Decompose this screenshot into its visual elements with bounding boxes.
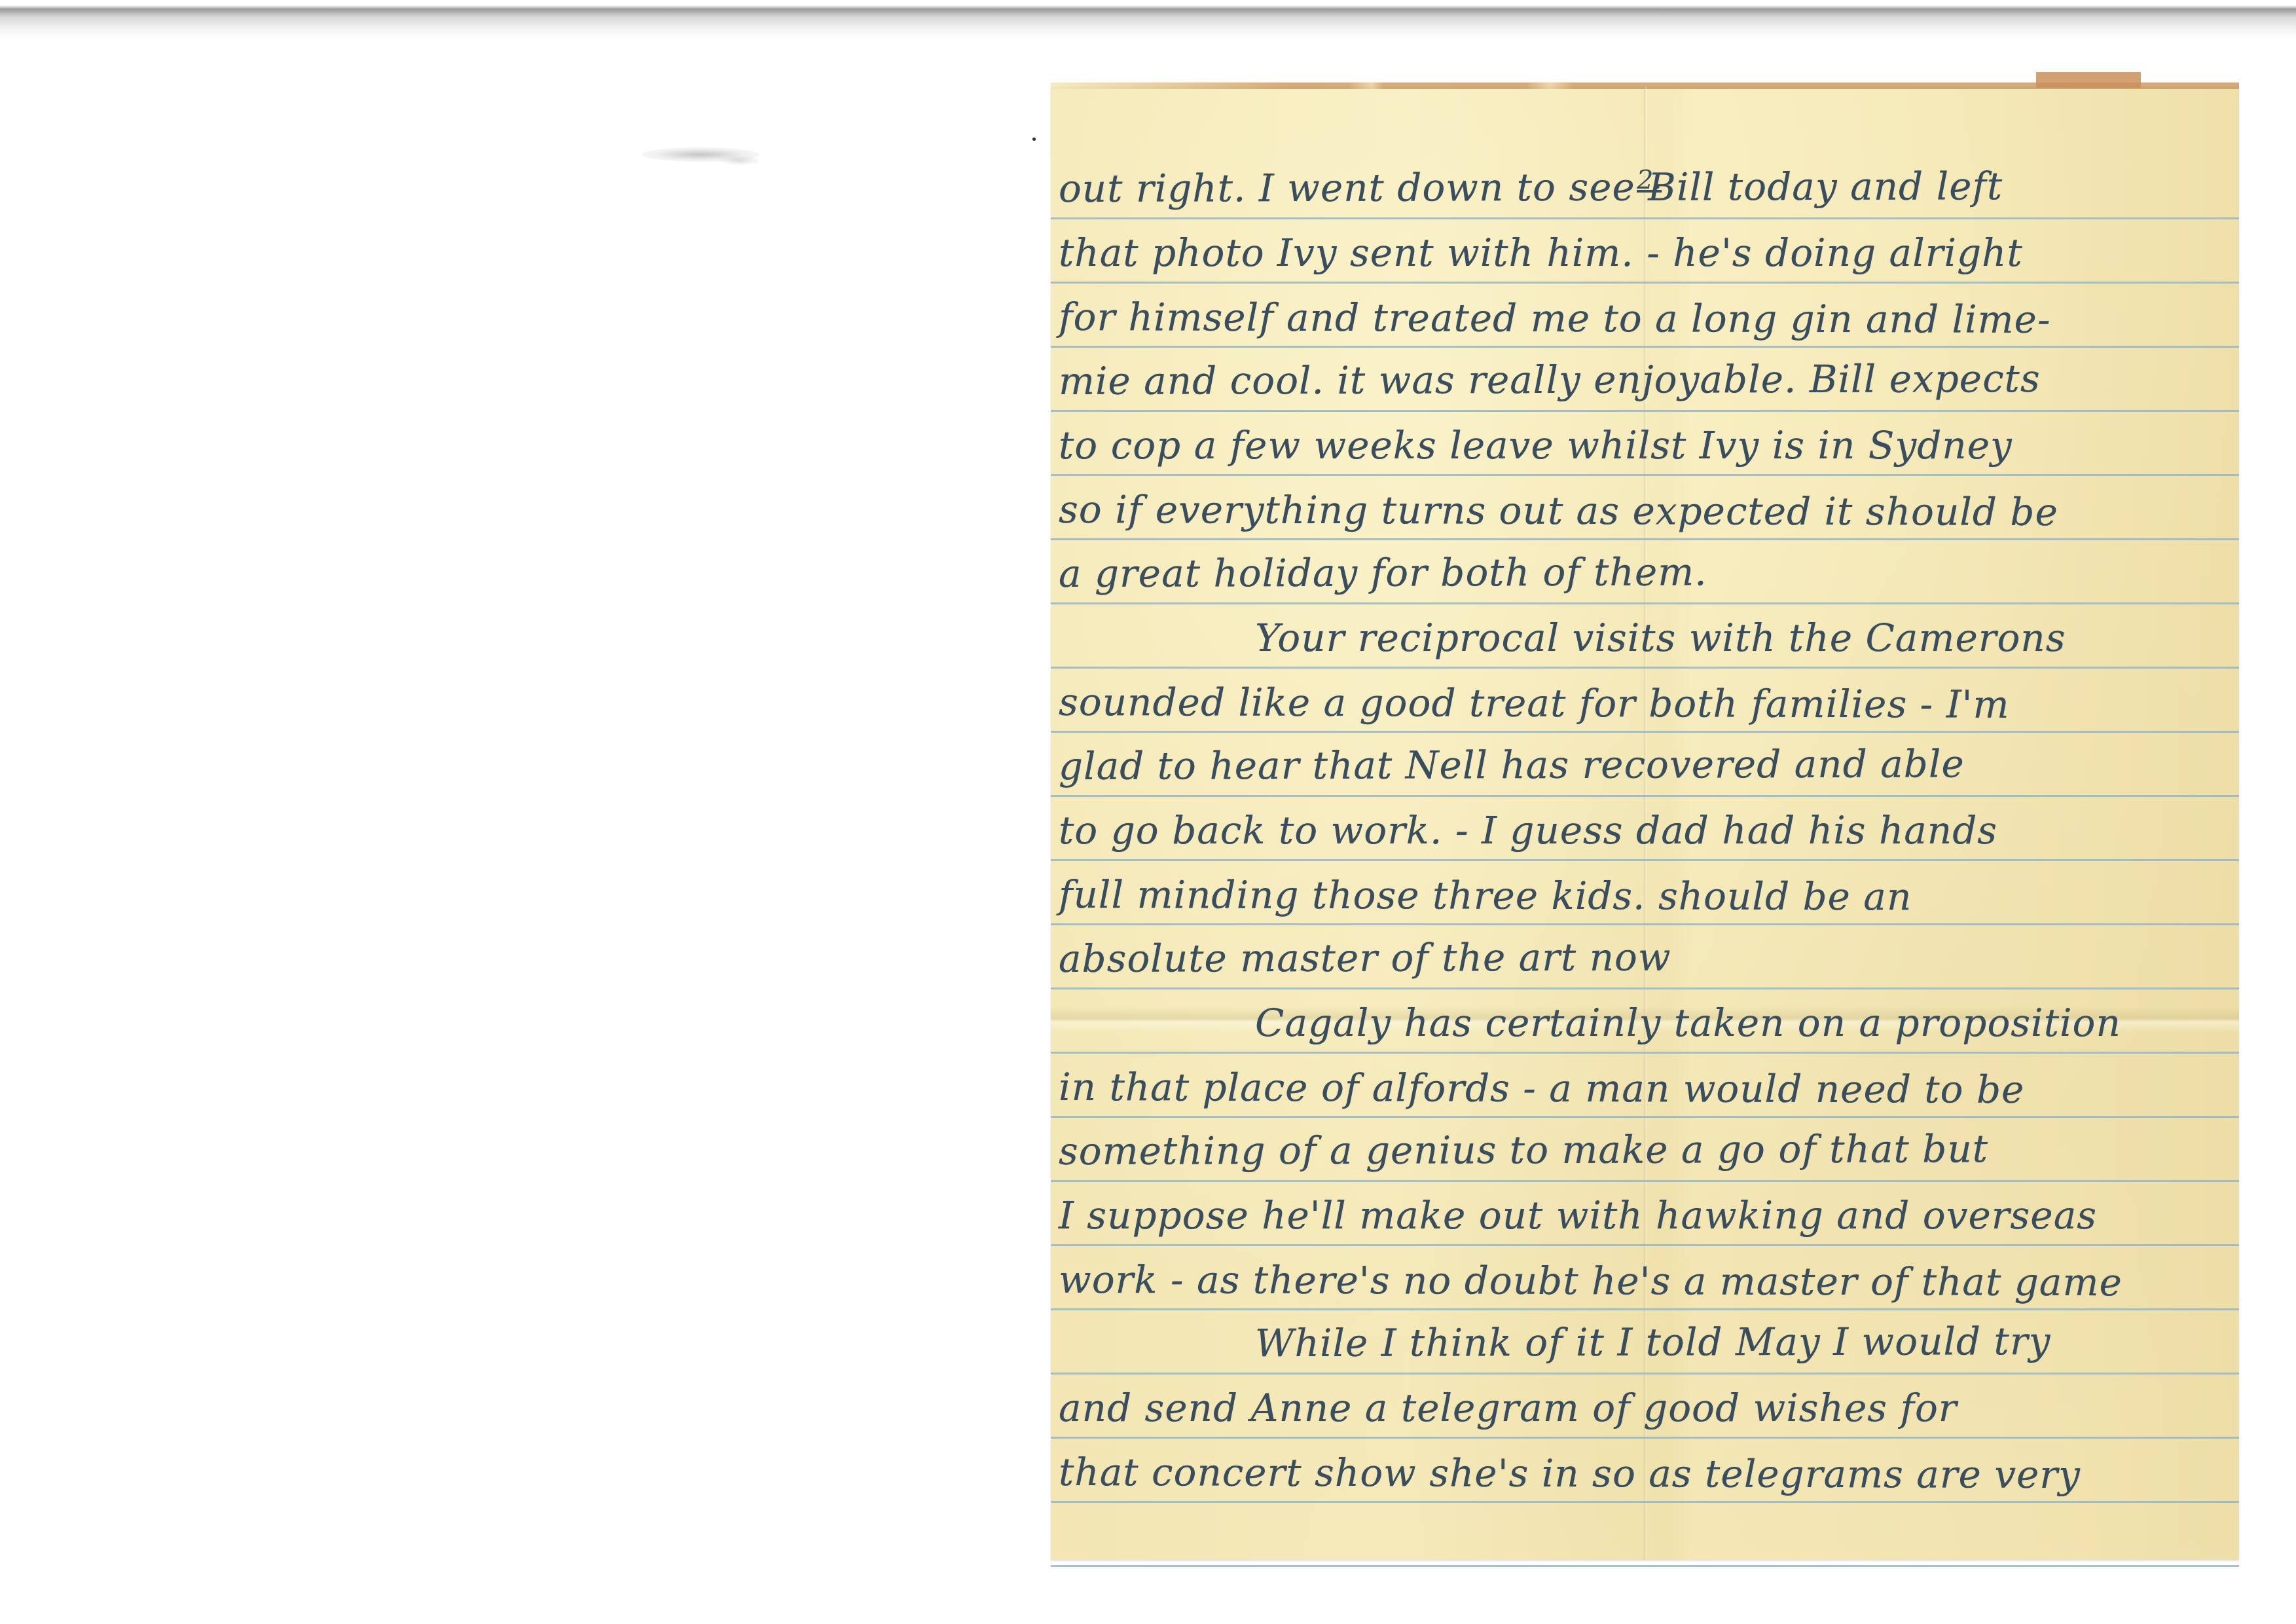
ruled-line [1051,1373,2239,1375]
scanner-shadow [0,0,2296,39]
handwritten-line: Cagaly has certainly taken on a proposit… [1059,997,2296,1049]
handwritten-line: something of a genius to make a go of th… [1059,1122,2231,1177]
handwritten-line: to cop a few weeks leave whilst Ivy is i… [1059,419,2231,471]
ruled-line [1051,667,2239,669]
paper-tape-remnant [2036,72,2141,88]
handwritten-line: a great holiday for both of them. [1059,544,2231,600]
ruled-line [1051,1116,2239,1118]
handwritten-line: in that place of alfords - a man would n… [1059,1061,2231,1116]
ruled-line [1051,731,2239,733]
handwritten-line: Your reciprocal visits with the Camerons [1059,612,2296,664]
handwritten-line: absolute master of the art now [1059,929,2231,985]
ruled-line [1051,474,2239,476]
ruled-line [1051,1180,2239,1182]
ruled-line [1051,282,2239,284]
ruled-line [1051,1052,2239,1054]
letter-page: 2. out right. I went down to see Bill to… [1051,86,2239,1560]
handwritten-line: out right. I went down to see Bill today… [1059,159,2231,215]
ruled-line [1051,217,2239,219]
handwritten-line: work - as there's no doubt he's a master… [1059,1253,2231,1309]
ruled-line [1051,346,2239,348]
ruled-line [1051,410,2239,412]
handwritten-line: mie and cool. it was really enjoyable. B… [1059,352,2231,407]
ruled-line [1051,859,2239,861]
handwritten-line: to go back to work. - I guess dad had hi… [1059,804,2231,857]
ruled-line [1051,1437,2239,1439]
ruled-line [1051,538,2239,540]
handwritten-line: so if everything turns out as expected i… [1059,483,2231,539]
ruled-line [1051,1501,2239,1503]
handwritten-line: While I think of it I told May I would t… [1059,1314,2296,1370]
ruled-line [1051,795,2239,797]
ruled-line [1051,1565,2239,1567]
handwritten-line: I suppose he'll make out with hawking an… [1059,1189,2231,1242]
ruled-line [1051,1244,2239,1246]
handwritten-line: full minding those three kids. should be… [1059,868,2231,924]
stray-mark [1032,138,1036,141]
handwritten-line: that concert show she's in so as telegra… [1059,1446,2231,1502]
ruled-line [1051,923,2239,925]
handwritten-line: for himself and treated me to a long gin… [1059,291,2231,346]
ruled-line [1051,987,2239,989]
handwritten-line: and send Anne a telegram of good wishes … [1059,1382,2231,1434]
handwritten-line: that photo Ivy sent with him. - he's doi… [1059,227,2231,279]
ruled-line [1051,1308,2239,1310]
handwritten-line: glad to hear that Nell has recovered and… [1059,737,2231,792]
scanner-smudge [720,156,759,165]
handwritten-line: sounded like a good treat for both famil… [1059,676,2231,731]
ruled-line [1051,602,2239,604]
